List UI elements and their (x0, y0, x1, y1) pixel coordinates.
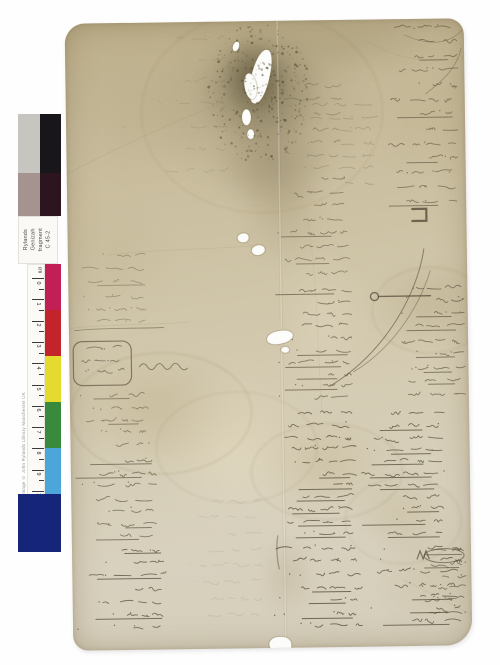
ruler-number: 9 (35, 470, 41, 478)
patch-light-gray (18, 114, 40, 173)
patch-yellow (45, 356, 61, 402)
ink-mark (277, 536, 280, 569)
ruler-tick-minor (39, 459, 44, 460)
patch-gray-mauve (18, 173, 40, 216)
script-column-right-lower (361, 410, 446, 538)
patch-dark-maroon (40, 173, 61, 216)
ruler-tick-minor (39, 353, 44, 354)
ruler-tick-minor (39, 289, 44, 290)
ruler-number: 3 (35, 342, 41, 350)
script-column-left-bottom (76, 549, 166, 630)
patch-black (40, 114, 61, 173)
script-column-left-boxed (81, 345, 124, 373)
patch-sky-blue (45, 448, 61, 494)
ruler-number: 1 (35, 300, 41, 308)
ruler-number: 2 (35, 321, 41, 329)
ruler-tick-minor (39, 480, 44, 481)
ruler-tick-minor (39, 310, 44, 311)
ruler-tick-minor (39, 374, 44, 375)
ink-mark (405, 30, 462, 42)
crease-line (108, 245, 258, 255)
ruler-number: 8 (35, 449, 41, 457)
ink-mark (139, 363, 187, 370)
script-column-right-mid (401, 285, 465, 396)
ruler-number: 5 (35, 385, 41, 393)
crease-line (365, 38, 464, 61)
ruler-tick-minor (39, 395, 44, 396)
crease-line (65, 76, 291, 174)
script-column-right-of-hole-faint (303, 102, 378, 185)
ink-mark (378, 296, 430, 297)
manuscript-leaf (65, 18, 473, 651)
script-column-left-upper-faint (82, 253, 146, 323)
ink-mark (75, 327, 164, 330)
ruler-number: 4 (35, 364, 41, 372)
shelfmark-label: Rylands Genizah fragment C 45-2 (18, 216, 58, 264)
ink-mark (370, 292, 378, 300)
cm-ruler: cm 012345678910 (27, 264, 45, 496)
script-column-center-top-faint (280, 83, 342, 158)
ruler-unit-label: cm (37, 267, 43, 274)
ink-mark (352, 271, 431, 372)
crease-line (402, 578, 471, 615)
ruler-number: 7 (35, 428, 41, 436)
script-column-top-left-scatter (121, 35, 228, 174)
patch-red (45, 310, 61, 356)
ruler-number: 0 (35, 279, 41, 287)
ruler-tick-minor (39, 438, 44, 439)
script-column-right-top (386, 24, 460, 206)
handwritten-script-layer (65, 18, 473, 651)
script-column-center-bottom (273, 544, 363, 628)
script-column-ghost-offsets (188, 498, 263, 616)
script-column-center-mid (275, 288, 352, 399)
mould-speckles (206, 24, 309, 161)
script-column-center-lower (284, 410, 357, 537)
ink-mark (330, 249, 426, 385)
patch-navy-blue (18, 494, 61, 552)
ink-mark (73, 341, 132, 386)
digitized-manuscript-photo: Rylands Genizah fragment C 45-2 cm 01234… (0, 0, 500, 665)
ruler-tick-minor (39, 416, 44, 417)
ruler-tick-minor (39, 331, 44, 332)
ink-mark (412, 209, 426, 221)
patch-magenta (45, 264, 61, 310)
patch-green (45, 402, 61, 448)
script-column-left-mid (80, 392, 150, 447)
crease-line (69, 322, 189, 329)
copyright-text: Image © John Rylands Library Manchester … (21, 267, 26, 495)
ruler-number: 6 (35, 406, 41, 414)
script-column-left-lower (75, 457, 157, 540)
shelfmark-label-text: Rylands Genizah fragment C 45-2 (23, 228, 53, 251)
